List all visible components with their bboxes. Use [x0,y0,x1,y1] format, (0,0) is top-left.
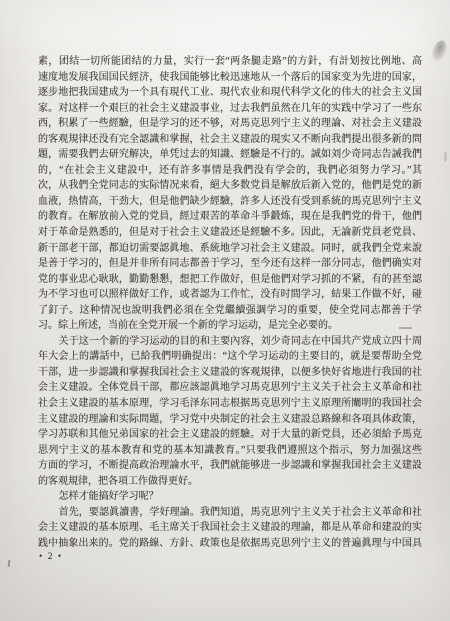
text-line: 素，团结一切所能团结的力量，实行一套“两条腿走路”的方針，有計划按比例地、高 [38,54,422,70]
scanned-document-page: 素，团结一切所能团结的力量，实行一套“两条腿走路”的方針，有計划按比例地、高速度… [0,0,450,621]
text-line: 年大会上的講話中，已給我們明确提出：“这个学习运动的主要目的，就是要帮助全党 [38,349,422,365]
text-line: 方面的学习，不断提高政治理論水平，我們就能够进一步認識和掌握我国社会主义建設 [38,458,422,474]
text-line: 新干部老干部，都迫切需要認眞地、系統地学习社会主义建設。同时，就我們全党来說 [38,241,422,257]
text-line: 的教育。在解放前入党的党員，經过艰苦的革命斗爭鍛炼，現在是我們党的骨干，他們 [38,209,422,225]
ink-smudge [430,38,450,63]
text-line: 践中抽象出来的。党的路線、方針、政策也是依据馬克思列宁主义的普遍眞理与中国具 [38,536,422,552]
scan-speck [8,560,11,567]
scan-artifact-dash [399,327,412,329]
text-line: 血液，热情高，干劲大，但是他們缺少經驗，許多人还没有受到系統的馬克思列宁主义 [38,194,422,210]
text-line: 的客观規律，把各項工作做得更好。 [38,474,422,490]
text-line: 怎样才能搞好学习呢？ [38,489,422,505]
text-line: 学习苏联和其他兄弟国家的社会主义建設的經驗。对于大量的新党員，还必須給予馬克 [38,427,422,443]
text-line: 干部，进一步認識和掌握我国社会主义建設的客观規律，以便多快好省地进行我国的社 [38,365,422,381]
text-block: 素，团结一切所能团结的力量，实行一套“两条腿走路”的方針，有計划按比例地、高速度… [38,54,422,552]
text-line: 党的事业忠心耿耿，勤勤懇懇，想把工作做好，但是他們对学习抓的不紧，有的甚至認 [38,272,422,288]
text-line: 会主义建設。全体党員干部，都应該認眞地学习馬克思列宁主义关于社会主义革命和社 [38,380,422,396]
text-line: 关于这一个新的学习运动的目的和主要內容，刘少奇同志在中国共产党成立四十周 [38,334,422,350]
text-line: 題，需要我們去研究解决，单凭过去的知識、經驗是不行的。誠如刘少奇同志告誡我們 [38,147,422,163]
text-line: 的客观規律还没有完全認識和掌握，社会主义建設的現实又不断向我們提出很多新的問 [38,132,422,148]
text-line: 的，“在社会主义建設中，还有許多事情是我們没有学会的，我們必須努力学习。”其 [38,163,422,179]
text-line: 首先，要認眞讀書，学好理論。我們知道，馬克思列宁主义关于社会主义革命和社 [38,505,422,521]
text-line: 家。对这样一个艰巨的社会主义建設事业，过去我們虽然在几年的实践中学习了一些东 [38,101,422,117]
text-line: 会主义建設的基本原理、毛主席关于我国社会主义建設的理論，都是从革命和建設的实 [38,520,422,536]
text-line: 是善于学习的，但是并非所有同志都善于学习，至今还有这样一部分同志，他們确实对 [38,256,422,272]
text-line: 西，积累了一些經驗，但是学习的还不够，对馬克思列宁主义的理論、对社会主义建設 [38,116,422,132]
text-line: 对于革命是熟悉的，但是对于社会主义建設还是經驗不多。因此，无論新党員老党員、 [38,225,422,241]
text-line: 了釘子。这种情况也說明我們必須在全党繼續强調学习的重要，使全党同志都善于学 [38,303,422,319]
text-line: 速度地发展我国国民經济，使我国能够比較迅速地从一个落后的国家变为先进的国家， [38,70,422,86]
text-line: 习。綜上所述，当前在全党开展一个新的学习运动，是完全必要的。 [38,318,422,334]
page-number: • 2 • [39,550,63,564]
text-line: 社会主义建設的基本原理，学习毛泽东同志根据馬克思列宁主义原理所闡明的我国社会 [38,396,422,412]
text-line: 主义建設的理論和实际問題，学习党中央制定的社会主义建設总路線和各項具体政策， [38,412,422,428]
text-line: 思列宁主义的基本教育和党的基本知識教育。”只要我們遵照这个指示，努力加强这些 [38,443,422,459]
scan-speck [444,152,447,162]
text-line: 为不学习也可以照样做好工作，或者認为工作忙，没有时間学习，結果工作做不好，碰 [38,287,422,303]
text-line: 次，从我們全党同志的实际情况来看，絕大多数党員是解放后新入党的，他們是党的新 [38,178,422,194]
text-line: 逐步地把我国建成为一个具有現代工业、現代农业和現代科学文化的伟大的社会主义国 [38,85,422,101]
